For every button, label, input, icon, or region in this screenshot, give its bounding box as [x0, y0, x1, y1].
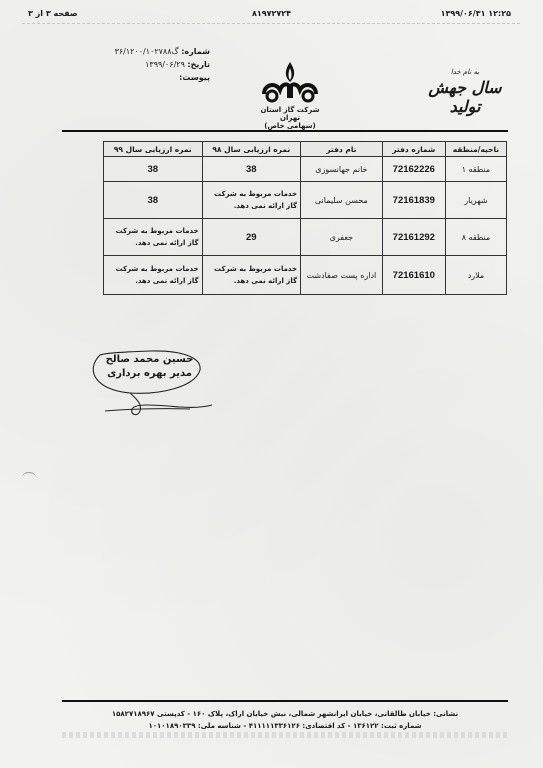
letter-number: شماره: گ۳۶/۱۲۰۰/۱۰۲۷۸۸ — [80, 45, 210, 58]
page-indicator: صفحه ۳ از ۳ — [28, 9, 78, 18]
punch-hole-mark — [22, 472, 36, 483]
signature-stamp: حسین محمد صالح مدیر بهره برداری — [80, 345, 220, 420]
letter-meta: شماره: گ۳۶/۱۲۰۰/۱۰۲۷۸۸ تاریخ: ۱۳۹۹/۰۶/۲۹… — [80, 45, 210, 84]
table-header-row: ناحیه/منطقه شماره دفتر نام دفتر نمره ارز… — [104, 142, 507, 157]
bismillah: به نام خدا — [420, 68, 510, 76]
cell-office-number: 72161610 — [382, 256, 445, 295]
cell-score-98: خدمات مربوط به شرکت گاز ارائه نمی دهد. — [202, 182, 300, 219]
logo-company-type: (سهامی خاص) — [250, 122, 330, 130]
fax-header-divider — [22, 23, 521, 24]
cell-region: منطقه ۱ — [445, 157, 506, 182]
footer-address: نشانی: خیابان طالقانی، خیابان ایرانشهر ش… — [62, 708, 508, 720]
table-row: ملارد 72161610 اداره پست صفادشت خدمات مر… — [104, 256, 507, 295]
cell-region: منطقه ۸ — [445, 219, 506, 256]
cell-office-name: خانم جهانسوزی — [301, 157, 383, 182]
cell-office-number: 72161839 — [382, 182, 445, 219]
footer-registration: شماره ثبت: ۱۳۶۱۲۲ - کد اقتصادی: ۴۱۱۱۱۱۳۳… — [62, 720, 508, 732]
signatory-title: مدیر بهره برداری — [102, 367, 197, 381]
scanned-letter-page: صفحه ۳ از ۳ ۸۱۹۷۲۷۲۴ ۱۳۹۹/۰۶/۳۱ ۱۲:۲۵ شم… — [0, 0, 543, 768]
col-region: ناحیه/منطقه — [445, 142, 506, 157]
cell-office-number: 72161292 — [382, 219, 445, 256]
cell-score-99: خدمات مربوط به شرکت گاز ارائه نمی دهد. — [104, 219, 203, 256]
signatory-name: حسین محمد صالح — [102, 353, 197, 367]
cell-region: ملارد — [445, 256, 506, 295]
cell-office-number: 72162226 — [382, 157, 445, 182]
table-row: منطقه ۸ 72161292 جعفری 29 خدمات مربوط به… — [104, 219, 507, 256]
letter-date: تاریخ: ۱۳۹۹/۰۶/۲۹ — [80, 58, 210, 71]
fax-header: صفحه ۳ از ۳ ۸۱۹۷۲۷۲۴ ۱۳۹۹/۰۶/۳۱ ۱۲:۲۵ — [22, 9, 521, 21]
cell-office-name: محسن سلیمانی — [301, 182, 383, 219]
table-row: شهریار 72161839 محسن سلیمانی خدمات مربوط… — [104, 182, 507, 219]
col-score-98: نمره ارزیابی سال ۹۸ — [202, 142, 300, 157]
cell-score-99: 38 — [104, 182, 203, 219]
footer-divider — [62, 700, 508, 702]
cell-region: شهریار — [445, 182, 506, 219]
footer: نشانی: خیابان طالقانی، خیابان ایرانشهر ش… — [62, 708, 508, 732]
col-office-name: نام دفتر — [301, 142, 383, 157]
logo-company-name: شرکت گاز استان تهران — [250, 106, 330, 122]
fax-number: ۸۱۹۷۲۷۲۴ — [252, 9, 291, 18]
fax-datetime: ۱۳۹۹/۰۶/۳۱ ۱۲:۲۵ — [441, 9, 511, 18]
col-office-number: شماره دفتر — [382, 142, 445, 157]
cell-score-98: 29 — [202, 219, 300, 256]
footer-faint-line — [62, 732, 508, 738]
cell-score-98: 38 — [202, 157, 300, 182]
motto-block: به نام خدا سال جهش تولید — [420, 68, 510, 116]
cell-score-99: 38 — [104, 157, 203, 182]
cell-office-name: اداره پست صفادشت — [301, 256, 383, 295]
gas-flame-logo-icon — [250, 60, 330, 106]
table-row: منطقه ۱ 72162226 خانم جهانسوزی 38 38 — [104, 157, 507, 182]
year-slogan: سال جهش تولید — [420, 78, 510, 116]
header-divider — [62, 130, 508, 132]
letter-attachment: پیوست: — [80, 71, 210, 84]
cell-score-98: خدمات مربوط به شرکت گاز ارائه نمی دهد. — [202, 256, 300, 295]
evaluation-table: ناحیه/منطقه شماره دفتر نام دفتر نمره ارز… — [103, 141, 507, 295]
cell-office-name: جعفری — [301, 219, 383, 256]
company-logo: شرکت گاز استان تهران (سهامی خاص) — [250, 60, 330, 120]
cell-score-99: خدمات مربوط به شرکت گاز ارائه نمی دهد. — [104, 256, 203, 295]
col-score-99: نمره ارزیابی سال ۹۹ — [104, 142, 203, 157]
